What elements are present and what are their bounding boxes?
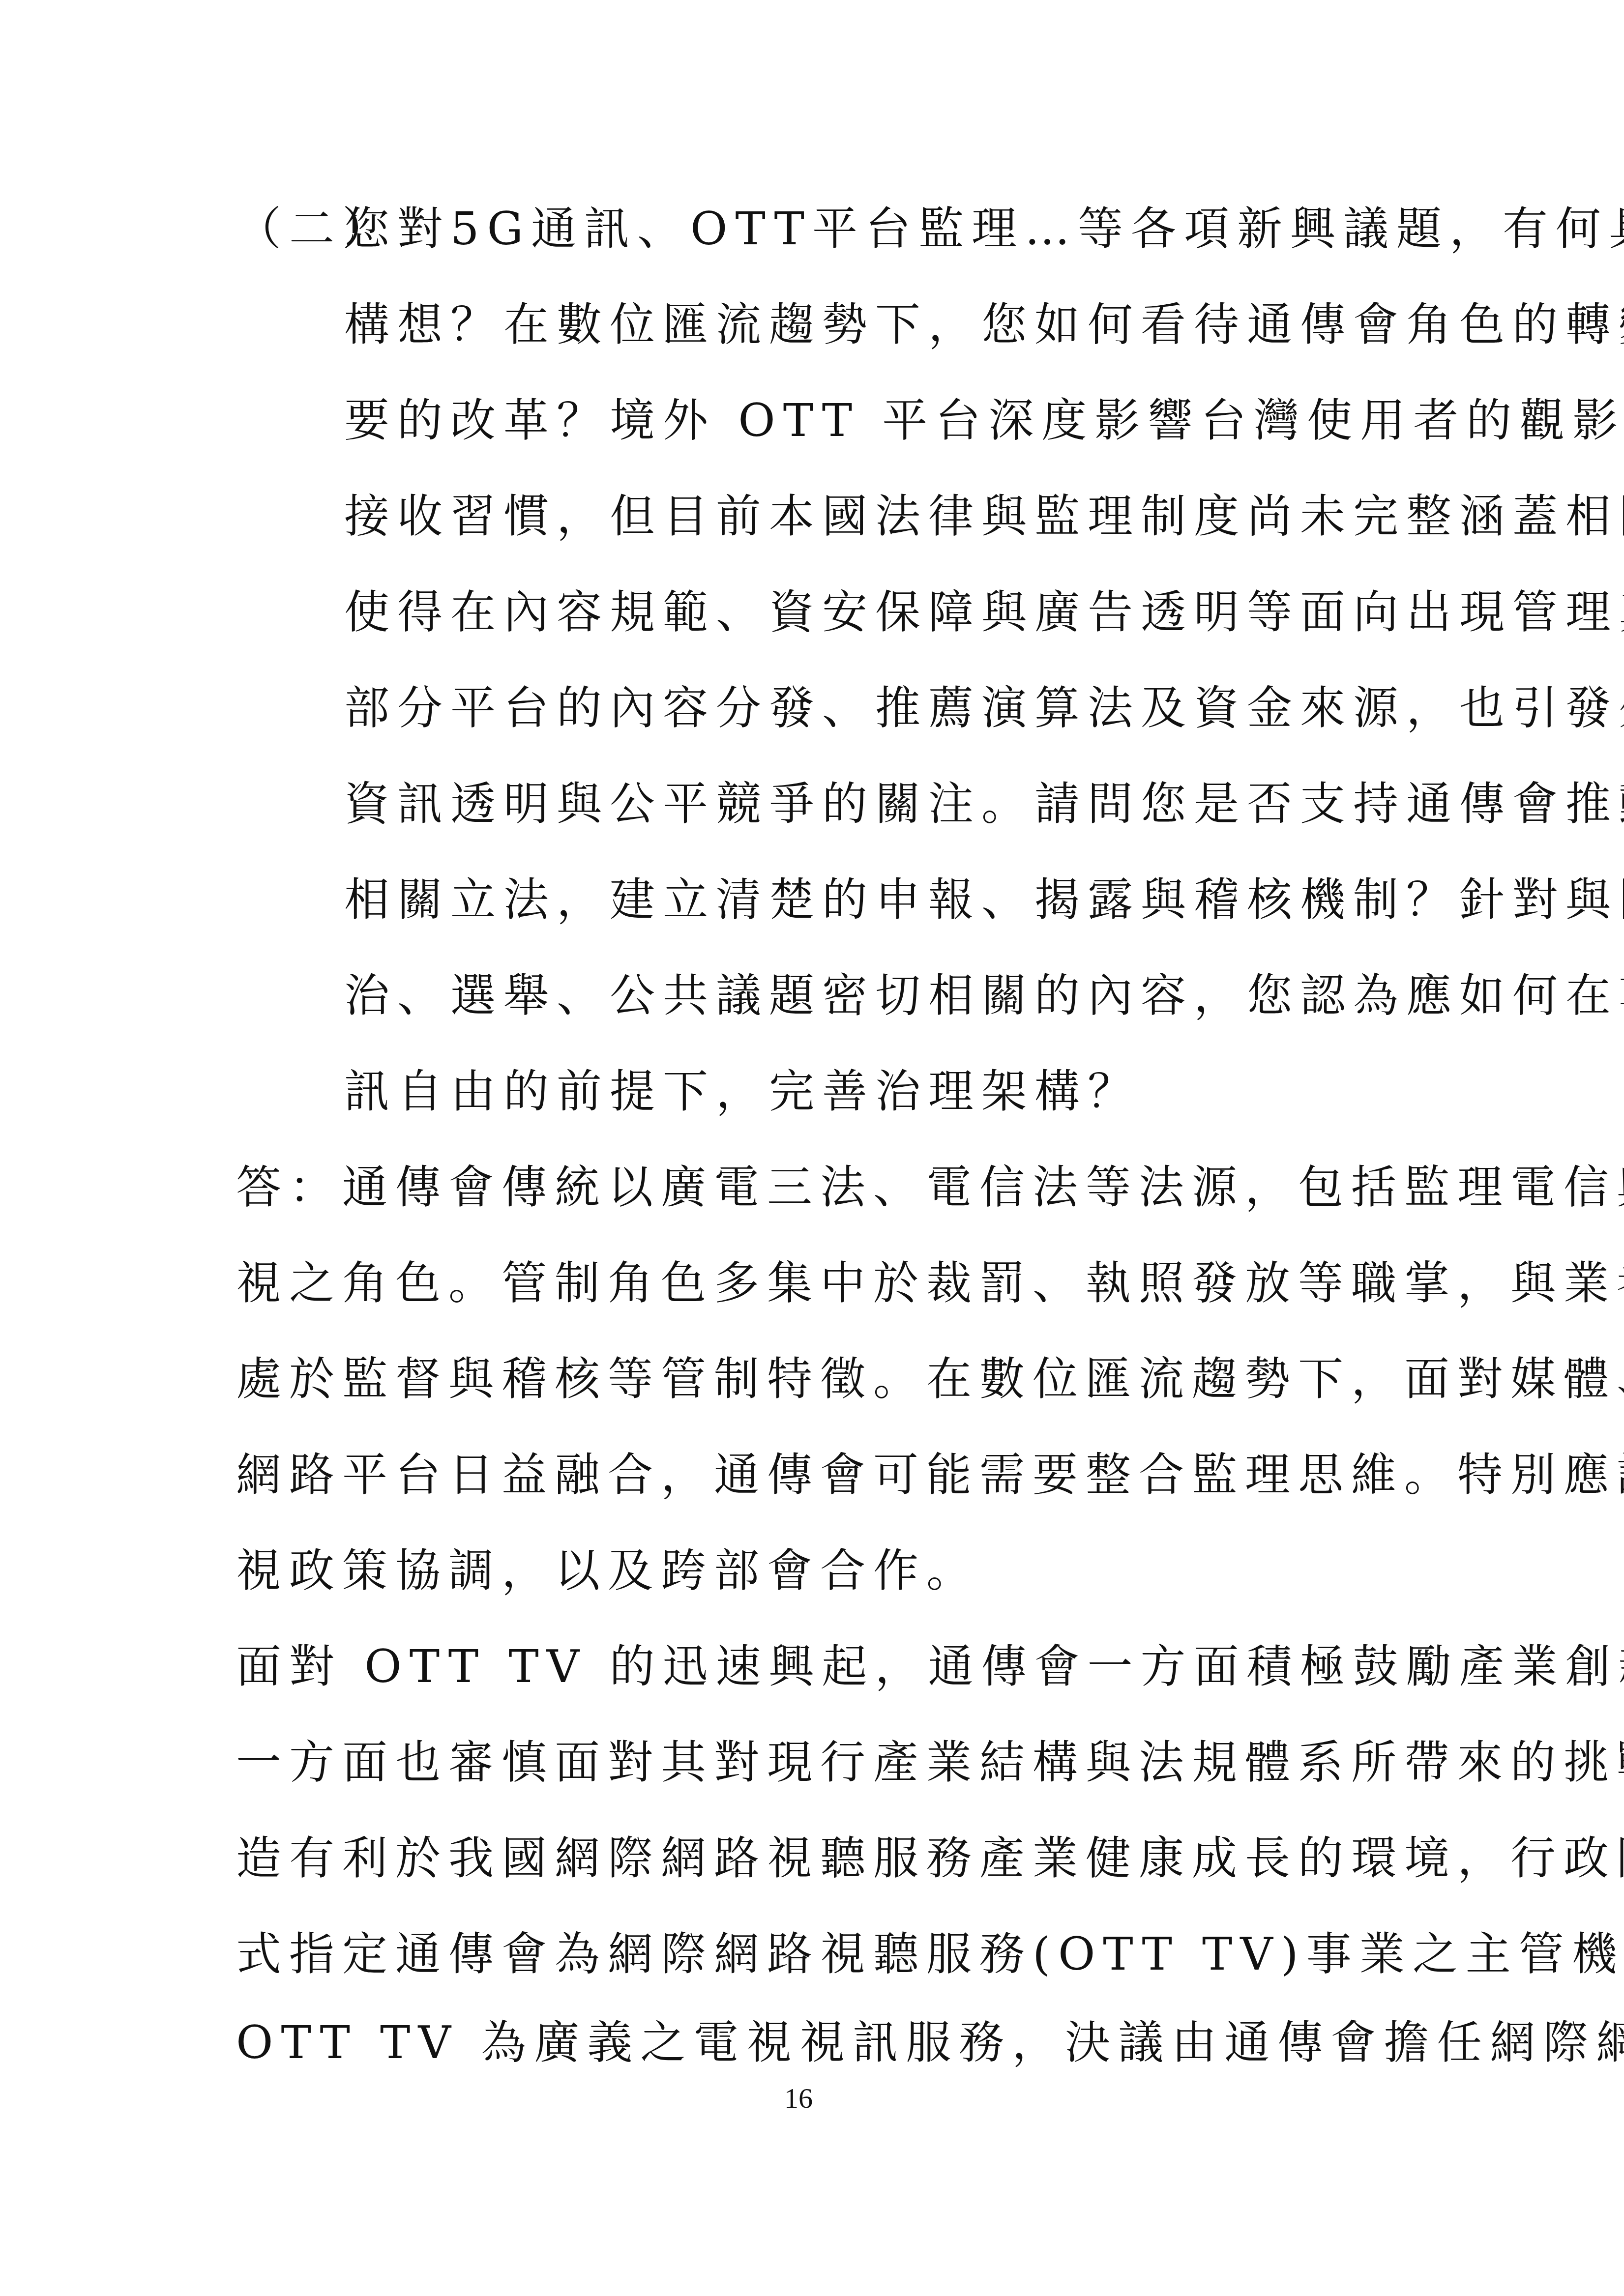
page-number: 16 <box>784 2082 813 2115</box>
answer-line: 造有利於我國網際網路視聽服務產業健康成長的環境，行政院雖未正 <box>236 1836 1624 1881</box>
answer-line: 式指定通傳會為網際網路視聽服務(OTT TV)事業之主管機關，然考量 <box>236 1932 1624 1977</box>
answer-line: 處於監督與稽核等管制特徵。在數位匯流趨勢下，面對媒體、電信、 <box>236 1357 1624 1402</box>
question-line: 部分平台的內容分發、推薦演算法及資金來源，也引發外界對 <box>344 686 1624 731</box>
question-line: 治、選舉、公共議題密切相關的內容，您認為應如何在尊重資 <box>344 973 1624 1018</box>
answer-line: 答：通傳會傳統以廣電三法、電信法等法源，包括監理電信與廣播電 <box>236 1165 1624 1210</box>
question-line: 您對5G通訊、OTT平台監理…等各項新興議題，有何具體政策 <box>344 206 1624 252</box>
answer-line: 網路平台日益融合，通傳會可能需要整合監理思維。特別應該更加重 <box>236 1453 1624 1498</box>
answer-line: OTT TV 為廣義之電視視訊服務，決議由通傳會擔任網際網路視聽服 <box>236 2020 1624 2065</box>
answer-line: 視政策協調，以及跨部會合作。 <box>236 1548 979 1594</box>
document-page: （二） 您對5G通訊、OTT平台監理…等各項新興議題，有何具體政策 構想？在數位… <box>0 0 1624 2296</box>
question-line: 接收習慣，但目前本國法律與監理制度尚未完整涵蓋相關業者， <box>344 494 1624 539</box>
question-line: 要的改革？境外 OTT 平台深度影響台灣使用者的觀影與資訊 <box>344 398 1624 443</box>
question-line: 訊自由的前提下，完善治理架構？ <box>344 1069 1141 1114</box>
answer-line: 一方面也審慎面對其對現行產業結構與法規體系所帶來的挑戰。為營 <box>236 1740 1624 1785</box>
question-line: 資訊透明與公平競爭的關注。請問您是否支持通傳會推動OTT <box>344 782 1624 827</box>
question-line: 相關立法，建立清楚的申報、揭露與稽核機制？針對與國內政 <box>344 877 1624 923</box>
question-line: 使得在內容規範、資安保障與廣告透明等面向出現管理真空。 <box>344 590 1624 635</box>
answer-line: 視之角色。管制角色多集中於裁罰、執照發放等職掌，與業者關係多 <box>236 1261 1624 1306</box>
question-line: 構想？在數位匯流趨勢下，您如何看待通傳會角色的轉變與必 <box>344 302 1624 348</box>
answer-line: 面對 OTT TV 的迅速興起，通傳會一方面積極鼓勵產業創新發展，另 <box>236 1644 1624 1689</box>
